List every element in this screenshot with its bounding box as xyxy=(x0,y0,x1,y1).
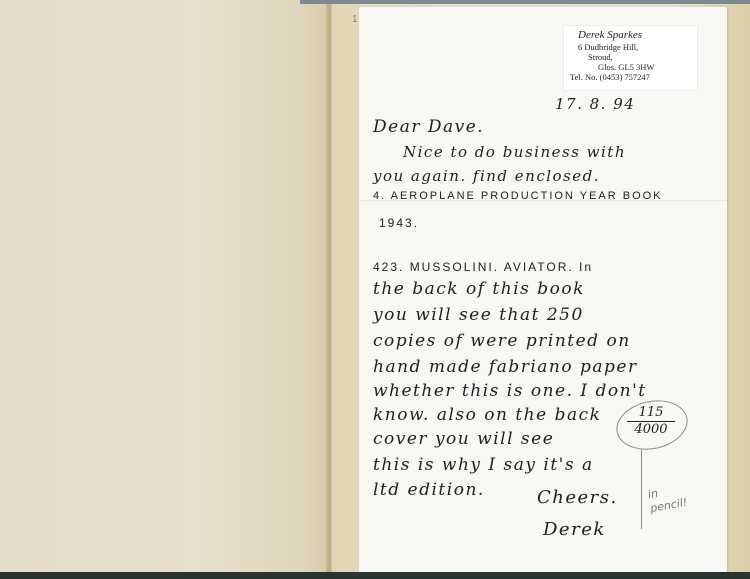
pencil-line xyxy=(641,449,642,529)
letter-line: 4. AEROPLANE PRODUCTION YEAR BOOK xyxy=(373,190,663,202)
letter-line: know. also on the back xyxy=(373,405,601,425)
margin-mark: 1 xyxy=(352,14,358,25)
letter-line: Nice to do business with xyxy=(403,143,626,161)
letter-line: 423. MUSSOLINI. AVIATOR. In xyxy=(373,260,593,274)
address-line: Glos. GL5 3HW xyxy=(598,62,691,72)
sender-name: Derek Sparkes xyxy=(578,30,691,40)
letter-line: whether this is one. I don't xyxy=(373,381,647,401)
letter-line: you again. find enclosed. xyxy=(373,167,600,185)
open-book: 1 122713 Derek Sparkes 6 Dudbridge Hill,… xyxy=(0,0,750,579)
letter-line: copies of were printed on xyxy=(373,331,631,351)
fraction-denominator: 4000 xyxy=(627,421,675,438)
fraction-numerator: 115 xyxy=(627,405,675,421)
phone-number: Tel. No. (0453) 757247 xyxy=(570,72,691,82)
salutation: Dear Dave. xyxy=(373,117,484,137)
background-edge-bottom xyxy=(0,572,750,579)
pencil-annotation: in pencil! xyxy=(647,482,689,516)
closing: Cheers. xyxy=(537,487,618,508)
letter-line: this is why I say it's a xyxy=(373,455,594,475)
address-line: 6 Dudbridge Hill, xyxy=(578,42,691,52)
letter-line: cover you will see xyxy=(373,429,554,449)
letter-line: you will see that 250 xyxy=(373,305,584,325)
left-page xyxy=(0,0,332,579)
letter-date: 17. 8. 94 xyxy=(555,95,635,113)
background-edge xyxy=(300,0,750,4)
letter-line: the back of this book xyxy=(373,279,585,299)
circled-fraction: 115 4000 xyxy=(627,405,675,438)
letter-line: 1943. xyxy=(379,216,419,230)
letter-line: ltd edition. xyxy=(373,480,485,500)
address-line: Stroud, xyxy=(588,52,691,62)
letter-line: hand made fabriano paper xyxy=(373,357,638,377)
signature: Derek xyxy=(543,519,606,540)
handwritten-letter: Derek Sparkes 6 Dudbridge Hill, Stroud, … xyxy=(359,7,727,572)
address-label: Derek Sparkes 6 Dudbridge Hill, Stroud, … xyxy=(563,25,698,91)
